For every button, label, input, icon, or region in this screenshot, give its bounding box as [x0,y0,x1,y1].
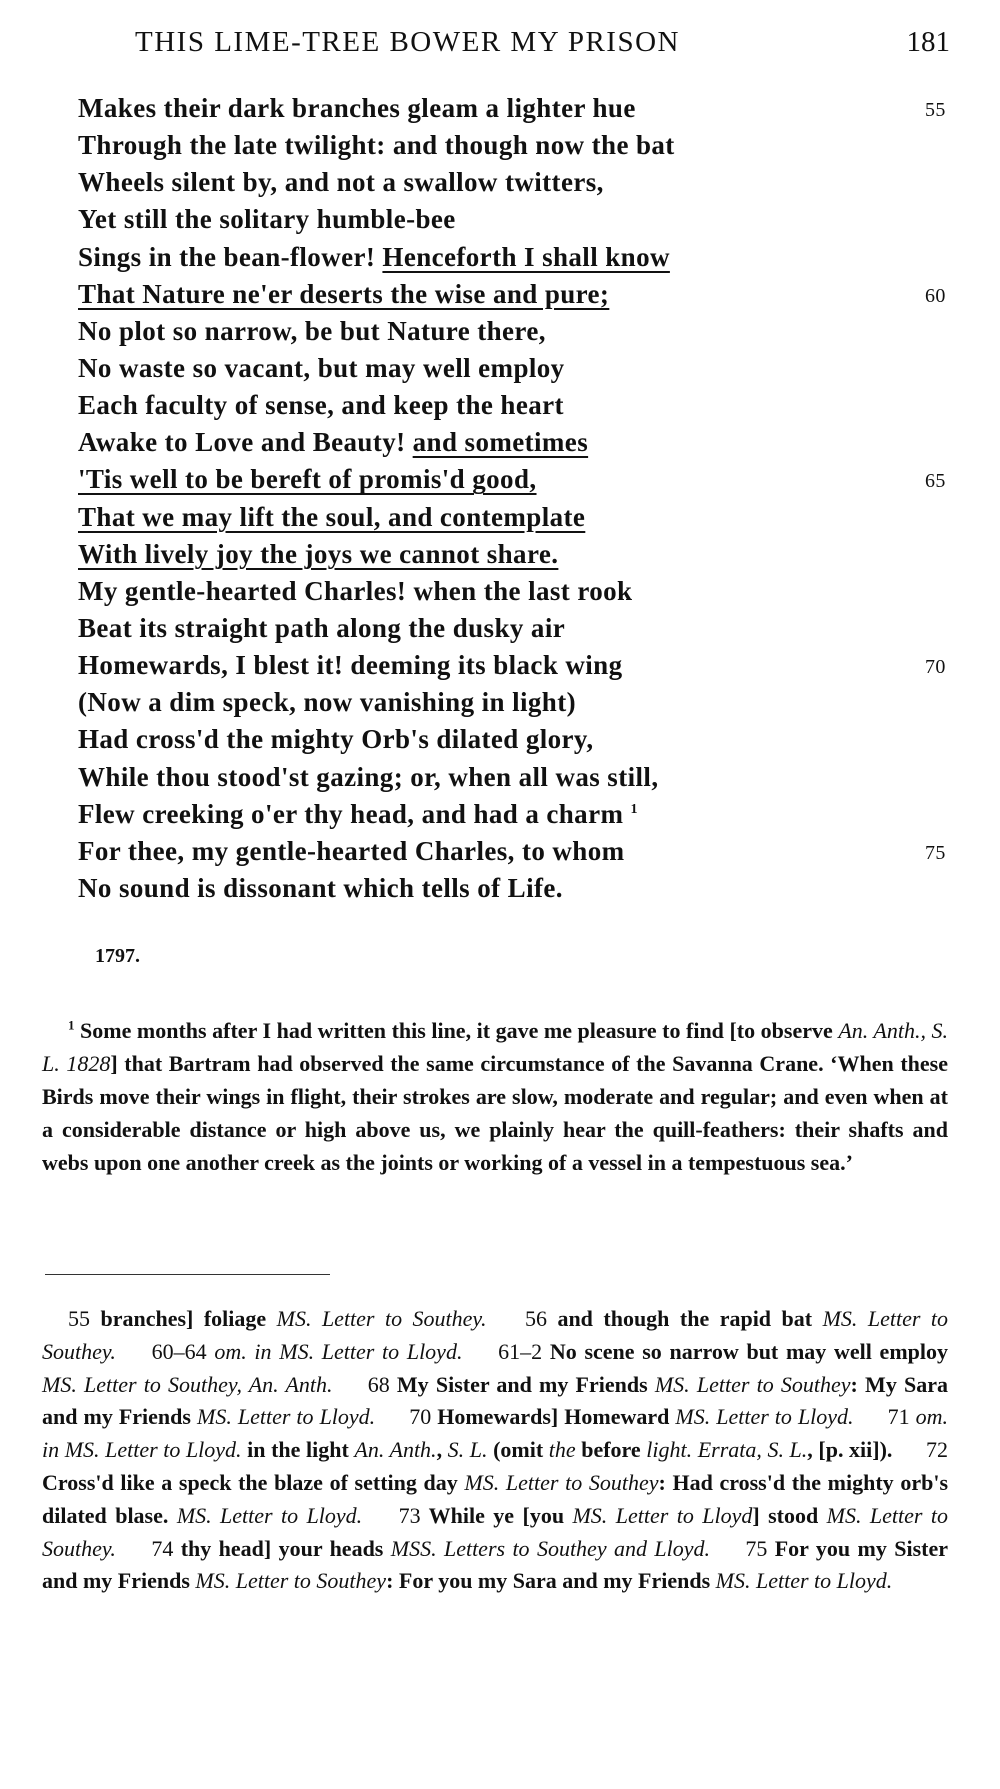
variant-line-number: 56 [525,1306,547,1331]
line-text: No waste so vacant, but may well employ [78,350,565,387]
variant-reading: (omit [487,1437,548,1462]
poem-line: With lively joy the joys we cannot share… [78,536,958,573]
poem-line: Awake to Love and Beauty! and sometimes [78,424,958,461]
poem-line: Sings in the bean-flower! Henceforth I s… [78,239,958,276]
variant-reading: in the light [242,1437,355,1462]
line-text-plain: Sings in the bean-flower! [78,242,382,272]
line-text: While thou stood'st gazing; or, when all… [78,759,658,796]
underlined-passage: and sometimes [413,427,588,457]
source-italic: the [549,1437,576,1462]
line-text: Sings in the bean-flower! Henceforth I s… [78,239,670,276]
poem-line: 'Tis well to be bereft of promis'd good,… [78,461,958,498]
poem-line: While thou stood'st gazing; or, when all… [78,759,958,796]
poem-line: No sound is dissonant which tells of Lif… [78,870,958,907]
variant-line-number: 74 [151,1536,173,1561]
underlined-passage: That Nature ne'er deserts the wise and p… [78,279,609,309]
line-number: 75 [925,835,946,872]
line-text: My gentle-hearted Charles! when the last… [78,573,632,610]
underlined-passage: That we may lift the soul, and contempla… [78,502,585,532]
poem-line: My gentle-hearted Charles! when the last… [78,573,958,610]
divider-rule [45,1274,330,1275]
poem-line: Beat its straight path along the dusky a… [78,610,958,647]
variant-line-number: 60–64 [152,1339,207,1364]
source-italic: MS. Letter to Southey [655,1372,851,1397]
line-text-plain: Had cross'd the mighty Orb's dilated glo… [78,724,594,754]
variant-reading: , [437,1437,448,1462]
poem-body: Makes their dark branches gleam a lighte… [78,90,958,907]
line-text-plain: Beat its straight path along the dusky a… [78,613,565,643]
variant-reading: Homewards] Homeward [431,1404,675,1429]
line-text-plain: My gentle-hearted Charles! when the last… [78,576,632,606]
variant-readings: 55 branches] foliage MS. Letter to South… [42,1303,948,1598]
footnote-text-run: Some months after I had written this lin… [75,1018,839,1043]
source-italic: MS. Letter to Southey. [277,1306,487,1331]
poem-date: 1797. [95,945,140,968]
source-italic: om. in MS. Letter to Lloyd. [207,1339,463,1364]
variant-reading: branches] foliage [90,1306,277,1331]
line-text: Had cross'd the mighty Orb's dilated glo… [78,721,594,758]
line-text-plain: No plot so narrow, be but Nature there, [78,316,546,346]
variant-line-number: 75 [745,1536,767,1561]
footnote-text: 1 Some months after I had written this l… [42,1014,948,1179]
line-text: 'Tis well to be bereft of promis'd good, [78,461,537,498]
poem-line: Each faculty of sense, and keep the hear… [78,387,958,424]
poem-line: No waste so vacant, but may well employ [78,350,958,387]
line-number: 60 [925,278,946,315]
poem-line: Had cross'd the mighty Orb's dilated glo… [78,721,958,758]
line-text: Through the late twilight: and though no… [78,127,675,164]
line-number: 55 [925,92,946,129]
line-text-plain: (Now a dim speck, now vanishing in light… [78,687,576,717]
poem-line: Through the late twilight: and though no… [78,127,958,164]
source-italic: MS. Letter to Southey [464,1470,658,1495]
source-italic: MS. Letter to Lloyd. [675,1404,853,1429]
line-text: Each faculty of sense, and keep the hear… [78,387,564,424]
variant-entry: 55 branches] foliage MS. Letter to South… [68,1306,486,1331]
line-text: (Now a dim speck, now vanishing in light… [78,684,576,721]
line-text-plain: Flew creeking o'er thy head, and had a c… [78,799,623,829]
variant-line-number: 55 [68,1306,90,1331]
line-text-plain: Awake to Love and Beauty! [78,427,413,457]
poem-line: Flew creeking o'er thy head, and had a c… [78,796,958,833]
line-text-plain: No sound is dissonant which tells of Lif… [78,873,563,903]
source-italic: light. Errata, S. L. [646,1437,807,1462]
line-text: Homewards, I blest it! deeming its black… [78,647,623,684]
line-text: That Nature ne'er deserts the wise and p… [78,276,609,313]
variant-reading: and though the rapid bat [547,1306,823,1331]
line-text: Flew creeking o'er thy head, and had a c… [78,796,638,833]
variant-line-number: 72 [926,1437,948,1462]
poem-line: (Now a dim speck, now vanishing in light… [78,684,958,721]
source-italic: S. L. [448,1437,488,1462]
source-italic: MS. Letter to Lloyd. [716,1568,893,1593]
footnote-reference: 1 [631,802,638,817]
line-text-plain: For thee, my gentle-hearted Charles, to … [78,836,625,866]
source-italic: MS. Letter to Lloyd. [197,1404,375,1429]
poem-line: Wheels silent by, and not a swallow twit… [78,164,958,201]
line-text: Awake to Love and Beauty! and sometimes [78,424,588,461]
line-number: 65 [925,463,946,500]
underlined-passage: Henceforth I shall know [382,242,669,272]
page-number: 181 [907,26,951,59]
line-number: 70 [925,649,946,686]
line-text-plain: Makes their dark branches gleam a lighte… [78,93,636,123]
line-text-plain: Wheels silent by, and not a swallow twit… [78,167,604,197]
variant-line-number: 61–2 [498,1339,542,1364]
line-text: Beat its straight path along the dusky a… [78,610,565,647]
variant-reading: Cross'd like a speck the blaze of settin… [42,1470,464,1495]
line-text: No sound is dissonant which tells of Lif… [78,870,563,907]
poem-line: That Nature ne'er deserts the wise and p… [78,276,958,313]
line-text: Wheels silent by, and not a swallow twit… [78,164,604,201]
source-italic: MS. Letter to Lloyd. [177,1503,362,1528]
running-header: THIS LIME-TREE BOWER MY PRISON 181 [0,26,1000,70]
source-italic: MS. Letter to Southey, An. Anth. [42,1372,333,1397]
poem-line: That we may lift the soul, and contempla… [78,499,958,536]
underlined-passage: With lively joy the joys we cannot share… [78,539,558,569]
variant-line-number: 73 [399,1503,421,1528]
source-italic: MS. Letter to Southey [195,1568,386,1593]
line-text: For thee, my gentle-hearted Charles, to … [78,833,625,870]
running-title: THIS LIME-TREE BOWER MY PRISON [135,26,680,59]
variant-entry: 60–64 om. in MS. Letter to Lloyd. [152,1339,463,1364]
variant-line-number: 70 [409,1404,431,1429]
poem-line: Makes their dark branches gleam a lighte… [78,90,958,127]
variant-reading: While ye [you [421,1503,573,1528]
line-text: Makes their dark branches gleam a lighte… [78,90,636,127]
line-text: Yet still the solitary humble-bee [78,201,456,238]
variant-reading: thy head] your heads [173,1536,390,1561]
variant-entry: 74 thy head] your heads MSS. Letters to … [151,1536,710,1561]
variant-reading: ] stood [752,1503,826,1528]
line-text-plain: Homewards, I blest it! deeming its black… [78,650,623,680]
line-text: That we may lift the soul, and contempla… [78,499,585,536]
poem-line: No plot so narrow, be but Nature there, [78,313,958,350]
variant-reading: : For you my Sara and my Friends [386,1568,716,1593]
variant-line-number: 71 [888,1404,910,1429]
variant-reading: My Sister and my Friends [390,1372,655,1397]
line-text-plain: While thou stood'st gazing; or, when all… [78,762,658,792]
source-italic: An. Anth. [354,1437,436,1462]
variant-entry: 70 Homewards] Homeward MS. Letter to Llo… [409,1404,853,1429]
underlined-passage: 'Tis well to be bereft of promis'd good, [78,464,537,494]
line-text: No plot so narrow, be but Nature there, [78,313,546,350]
line-text-plain: Yet still the solitary humble-bee [78,204,456,234]
poem-line: Yet still the solitary humble-bee [78,201,958,238]
source-italic: MSS. Letters to Southey and Lloyd. [391,1536,710,1561]
variant-line-number: 68 [368,1372,390,1397]
variant-reading: , [p. xii]). [807,1437,892,1462]
variant-reading: before [576,1437,647,1462]
line-text-plain: Through the late twilight: and though no… [78,130,675,160]
footnote: 1 Some months after I had written this l… [42,1014,948,1179]
line-text-plain: Each faculty of sense, and keep the hear… [78,390,564,420]
line-text: With lively joy the joys we cannot share… [78,536,558,573]
poem-line: For thee, my gentle-hearted Charles, to … [78,833,958,870]
footnote-text-run: ] that Bartram had observed the same cir… [42,1051,948,1175]
variant-reading: No scene so narrow but may well employ [542,1339,948,1364]
poem-line: Homewards, I blest it! deeming its black… [78,647,958,684]
source-italic: MS. Letter to Lloyd [572,1503,752,1528]
line-text-plain: No waste so vacant, but may well employ [78,353,565,383]
